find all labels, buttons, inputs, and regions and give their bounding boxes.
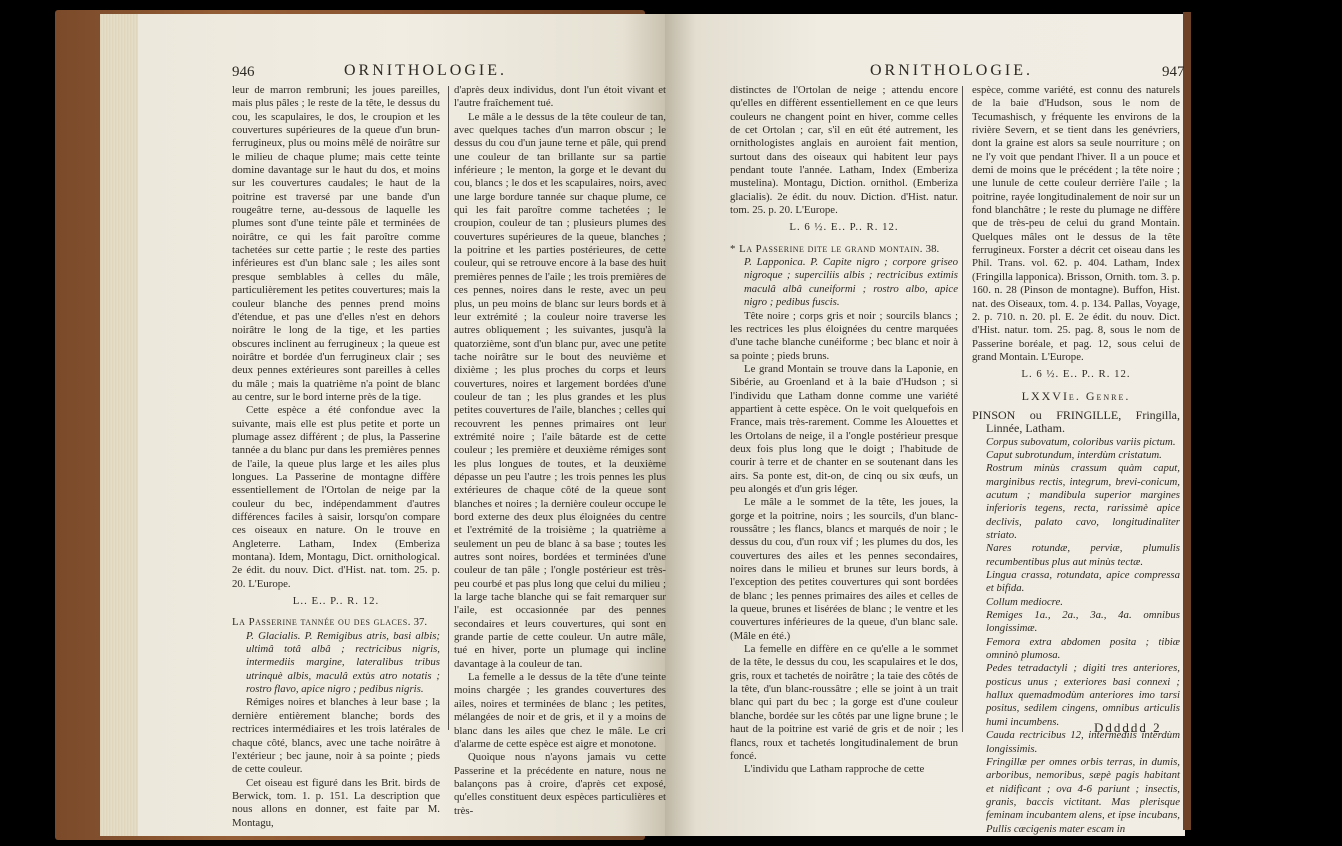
latin-description: Corpus subovatum, coloribus variis pictu… — [972, 436, 1180, 449]
page-edges — [100, 14, 140, 836]
paragraph-continued: distinctes de l'Ortolan de neige ; atten… — [730, 84, 958, 217]
species-latin-diagnosis: P. Lapponica. P. Capite nigro ; corpore … — [744, 256, 958, 308]
left-page-column-2: d'après deux individus, dont l'un étoit … — [454, 84, 666, 818]
paragraph: Le mâle a le sommet de la tête, les joue… — [730, 496, 958, 643]
signature-mark: Dddddd 2 — [1094, 720, 1162, 736]
paragraph-continued: leur de marron rembruni; les joues parei… — [232, 84, 440, 404]
paragraph: Le grand Montain se trouve dans la Lapon… — [730, 363, 958, 496]
column-rule-right — [962, 86, 963, 732]
latin-description: Nares rotundæ, perviæ, plumulis recumben… — [972, 542, 1180, 569]
species-latin-diagnosis: P. Glacialis. P. Remigibus atris, basi a… — [246, 630, 440, 695]
species-title: La Passerine tannée ou des glaces. — [232, 616, 411, 628]
paragraph: Cet oiseau est figuré dans les Brit. bir… — [232, 777, 440, 830]
paragraph: Tête noire ; corps gris et noir ; sourci… — [730, 310, 958, 363]
paragraph: Cette espèce a été confondue avec la sui… — [232, 404, 440, 591]
latin-description: Fringillæ per omnes orbis terras, in dum… — [972, 756, 1180, 836]
genus-title: PINSON ou FRINGILLE, Fringilla, Linnée, … — [972, 409, 1180, 436]
page-number-right: 947 — [1162, 64, 1185, 81]
species-heading: La Passerine tannée ou des glaces. 37.P.… — [232, 616, 440, 696]
latin-description: Caput subrotundum, interdùm cristatum. — [972, 449, 1180, 462]
paragraph: La femelle en diffère en ce qu'elle a le… — [730, 643, 958, 763]
measurement-line: L. 6 ½. E.. P.. R. 12. — [730, 221, 958, 234]
latin-description: Femora extra abdomen posita ; tibiæ omni… — [972, 636, 1180, 663]
species-number: 37. — [411, 616, 427, 628]
right-page-column-1: distinctes de l'Ortolan de neige ; atten… — [730, 84, 958, 777]
measurement-line: L. 6 ½. E.. P.. R. 12. — [972, 368, 1180, 381]
column-rule-left — [448, 86, 449, 730]
paragraph: Quoique nous n'ayons jamais vu cette Pas… — [454, 751, 666, 818]
species-title: * La Passerine dite le grand montain. — [730, 243, 923, 255]
paragraph-continued: espèce, comme variété, est connu des nat… — [972, 84, 1180, 364]
page-number-left: 946 — [232, 64, 255, 81]
measurement-line: L.. E.. P.. R. 12. — [232, 595, 440, 608]
paragraph: Rémiges noires et blanches à leur base ;… — [232, 696, 440, 776]
latin-description: Rostrum minùs crassum quàm caput, margin… — [972, 462, 1180, 542]
paragraph-continued: d'après deux individus, dont l'un étoit … — [454, 84, 666, 111]
latin-description: Collum mediocre. — [972, 596, 1180, 609]
species-number: 38. — [923, 243, 939, 255]
left-page-column-1: leur de marron rembruni; les joues parei… — [232, 84, 440, 830]
book-cover-right — [1183, 12, 1191, 830]
species-heading: * La Passerine dite le grand montain. 38… — [730, 243, 958, 310]
paragraph: Le mâle a le dessus de la tête couleur d… — [454, 111, 666, 671]
genus-number-heading: LXXVIe. Genre. — [972, 390, 1180, 403]
latin-description: Remiges 1a., 2a., 3a., 4a. omnibus longi… — [972, 609, 1180, 636]
paragraph: La femelle a le dessus de la tête d'une … — [454, 671, 666, 751]
running-head-left: ORNITHOLOGIE. — [344, 62, 507, 80]
latin-description: Lingua crassa, rotundata, apice compress… — [972, 569, 1180, 596]
paragraph: L'individu que Latham rapproche de cette — [730, 763, 958, 776]
running-head-right: ORNITHOLOGIE. — [870, 62, 1033, 80]
